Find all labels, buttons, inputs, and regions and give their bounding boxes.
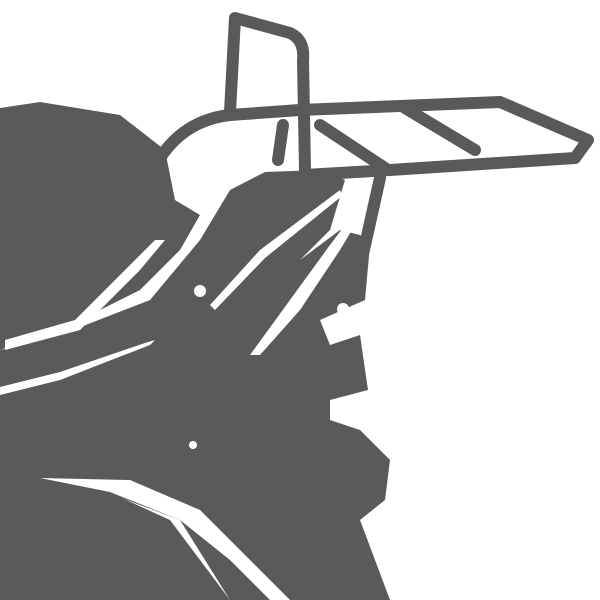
down-strut bbox=[355, 178, 380, 290]
cross-bar bbox=[320, 125, 385, 168]
photo-stage: Motorcycle rear luggage rack with grab h… bbox=[0, 0, 600, 600]
bolt-hole bbox=[189, 441, 197, 449]
support-strut bbox=[278, 125, 283, 160]
bolt-hole bbox=[337, 303, 349, 315]
cross-bar bbox=[405, 108, 475, 150]
motorcycle-rack-illustration bbox=[0, 0, 600, 600]
grab-handle bbox=[230, 18, 305, 170]
bolt-hole bbox=[194, 285, 206, 297]
